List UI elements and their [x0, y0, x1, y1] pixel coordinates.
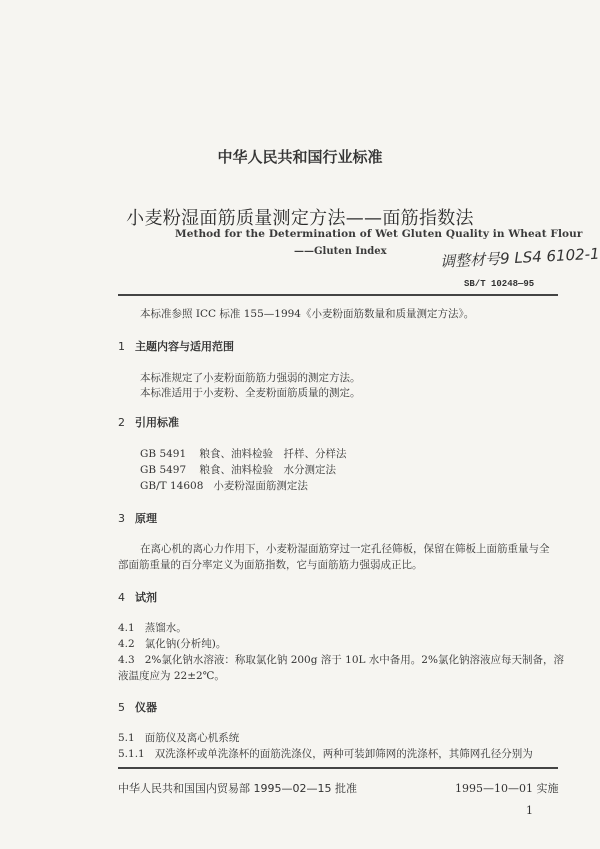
paragraph: 在离心机的离心力作用下，小麦粉湿面筋穿过一定孔径筛板，保留在筛板上面筋重量与全 [140, 541, 550, 556]
page-number: 1 [526, 804, 533, 817]
item-text: 面筋仪及离心机系统 [145, 732, 240, 744]
section-title: 原理 [135, 512, 157, 525]
section-heading-1: 1主题内容与适用范围 [118, 338, 234, 354]
item-number: 4.3 [118, 654, 135, 666]
title-english: Method for the Determination of Wet Glut… [175, 228, 583, 240]
section-heading-5: 5仪器 [118, 699, 157, 715]
section-number: 5 [118, 701, 125, 714]
list-item: 5.1.1双洗涤杯或单洗涤杯的面筋洗涤仪，两种可装卸筛网的洗涤杯，其筛网孔径分别… [118, 746, 533, 761]
item-text: 蒸馏水。 [145, 622, 187, 634]
title-english-subtitle: ——Gluten Index [294, 246, 387, 257]
reference-code: GB 5497 [140, 464, 186, 476]
section-number: 2 [118, 416, 125, 429]
section-title: 试剂 [135, 591, 157, 604]
section-title: 引用标准 [135, 416, 179, 429]
item-text: 2%氯化钠水溶液：称取氯化钠 200g 溶于 10L 水中备用。2%氯化钠溶液应… [145, 654, 564, 666]
item-number: 4.1 [118, 622, 135, 634]
section-number: 4 [118, 591, 125, 604]
section-number: 3 [118, 512, 125, 525]
issuing-body: 中华人民共和国行业标准 [0, 146, 600, 167]
section-title: 主题内容与适用范围 [135, 340, 234, 353]
intro-paragraph: 本标准参照 ICC 标准 155—1994《小麦粉面筋数量和质量测定方法》。 [140, 306, 474, 321]
item-number: 5.1.1 [118, 748, 145, 760]
reference-item: GB 5491 粮食、油料检验 扦样、分样法 [140, 446, 347, 461]
section-heading-2: 2引用标准 [118, 414, 179, 430]
list-item: 4.32%氯化钠水溶液：称取氯化钠 200g 溶于 10L 水中备用。2%氯化钠… [118, 652, 564, 667]
section-heading-3: 3原理 [118, 510, 157, 526]
paragraph: 本标准适用于小麦粉、全麦粉面筋质量的测定。 [140, 385, 361, 400]
paragraph: 本标准规定了小麦粉面筋筋力强弱的测定方法。 [140, 370, 361, 385]
paragraph-continuation: 液温度应为 22±2℃。 [118, 668, 225, 683]
handwritten-annotation: 调整材号9 LS4 6102-1985 [440, 241, 600, 272]
list-item: 4.1蒸馏水。 [118, 620, 187, 635]
reference-code: GB/T 14608 [140, 480, 203, 492]
reference-name: 小麦粉湿面筋测定法 [213, 480, 308, 492]
footer-divider [118, 767, 558, 769]
section-heading-4: 4试剂 [118, 589, 157, 605]
section-title: 仪器 [135, 701, 157, 714]
reference-name: 粮食、油料检验 扦样、分样法 [200, 448, 347, 460]
header-divider [118, 294, 558, 296]
standard-number: SB/T 10248—95 [464, 279, 534, 289]
list-item: 5.1面筋仪及离心机系统 [118, 730, 239, 745]
approval-line: 中华人民共和国国内贸易部 1995—02—15 批准 [118, 780, 357, 796]
item-number: 4.2 [118, 638, 135, 650]
section-number: 1 [118, 340, 125, 353]
item-number: 5.1 [118, 732, 135, 744]
paragraph: 部面筋重量的百分率定义为面筋指数，它与面筋筋力强弱成正比。 [118, 557, 423, 572]
title-chinese: 小麦粉湿面筋质量测定方法——面筋指数法 [0, 204, 600, 230]
reference-item: GB/T 14608 小麦粉湿面筋测定法 [140, 478, 308, 493]
implementation-date: 1995—10—01 实施 [455, 780, 559, 796]
item-text: 氯化钠(分析纯)。 [145, 638, 227, 650]
item-text: 双洗涤杯或单洗涤杯的面筋洗涤仪，两种可装卸筛网的洗涤杯，其筛网孔径分别为 [155, 748, 533, 760]
reference-item: GB 5497 粮食、油料检验 水分测定法 [140, 462, 336, 477]
reference-code: GB 5491 [140, 448, 186, 460]
list-item: 4.2氯化钠(分析纯)。 [118, 636, 226, 651]
reference-name: 粮食、油料检验 水分测定法 [200, 464, 337, 476]
